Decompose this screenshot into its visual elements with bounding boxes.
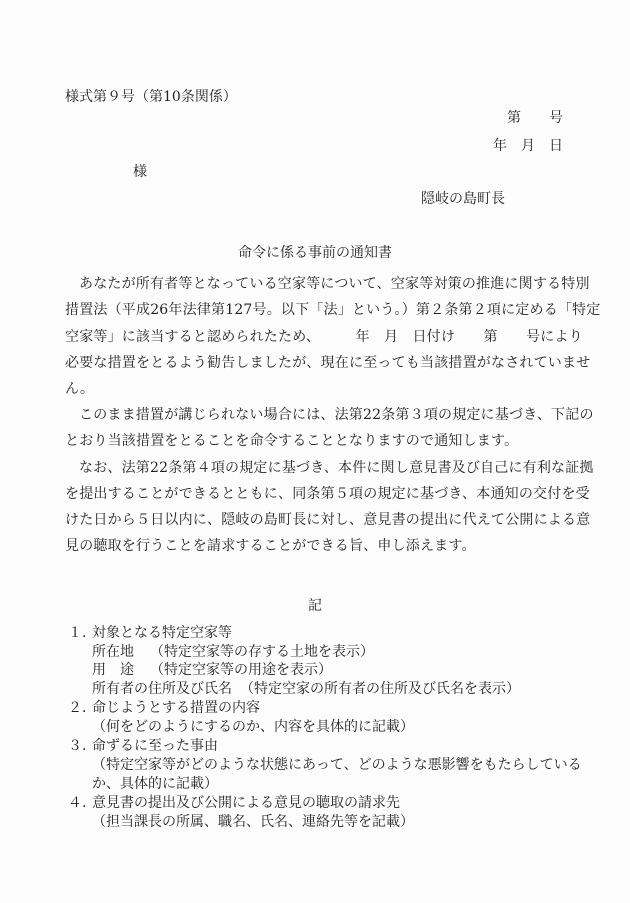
- detail-label: 所有者の住所及び氏名: [92, 680, 232, 698]
- item-heading: 意見書の提出及び公開による意見の聴取の請求先: [92, 794, 400, 812]
- body-line: を提出することができるとともに、同条第５項の規定に基づき、本通知の交付を受: [65, 485, 565, 503]
- recipient-honorific: 様: [133, 163, 147, 181]
- body-line: 措置法（平成26年法律第127号。以下「法」という。）第２条第２項に定める「特定: [65, 301, 565, 319]
- body-line: 空家等」に該当すると認められたため、 年 月 日付け 第 号により: [65, 328, 565, 346]
- body-line: あなたが所有者等となっている空家等について、空家等対策の推進に関する特別: [79, 275, 579, 293]
- item-heading: 命じようとする措置の内容: [92, 699, 260, 717]
- detail-label: 所在地: [92, 643, 134, 661]
- issuer-name: 隠岐の島町長: [421, 190, 505, 208]
- item-heading: 対象となる特定空家等: [92, 624, 232, 642]
- form-label: 様式第９号（第10条関係）: [65, 88, 237, 106]
- detail-value: （特定空家等の存する土地を表示）: [150, 643, 374, 661]
- item-note: （何をどのようにするのか、内容を具体的に記載）: [92, 718, 414, 736]
- detail-value: （特定空家等の用途を表示）: [150, 661, 332, 679]
- body-line: けた日から５日以内に、隠岐の島町長に対し、意見書の提出に代えて公開による意: [65, 511, 565, 529]
- item-note: （担当課長の所属、職名、氏名、連絡先等を記載）: [92, 813, 414, 831]
- document-title: 命令に係る事前の通知書: [0, 244, 630, 262]
- detail-label: 用 途: [92, 661, 134, 679]
- body-line: ん。: [65, 380, 565, 398]
- issue-date: 年 月 日: [493, 137, 563, 155]
- body-line: 見の聴取を行うことを請求することができる旨、申し添えます。: [65, 537, 565, 555]
- item-heading: 命ずるに至った事由: [92, 737, 218, 755]
- item-note: か、具体的に記載）: [92, 775, 218, 793]
- body-line: このまま措置が講じられない場合には、法第22条第３項の規定に基づき、下記の: [79, 406, 579, 424]
- body-line: なお、法第22条第４項の規定に基づき、本件に関し意見書及び自己に有利な証拠: [79, 459, 579, 477]
- document-number: 第 号: [507, 109, 563, 127]
- body-line: とおり当該措置をとることを命令することとなりますので通知します。: [65, 432, 565, 450]
- ki-heading: 記: [0, 597, 630, 615]
- detail-value: （特定空家の所有者の住所及び氏名を表示）: [240, 680, 520, 698]
- body-line: 必要な措置をとるよう勧告しましたが、現在に至っても当該措置がなされていませ: [65, 354, 565, 372]
- item-note: （特定空家等がどのような状態にあって、どのような悪影響をもたらしている: [92, 756, 582, 774]
